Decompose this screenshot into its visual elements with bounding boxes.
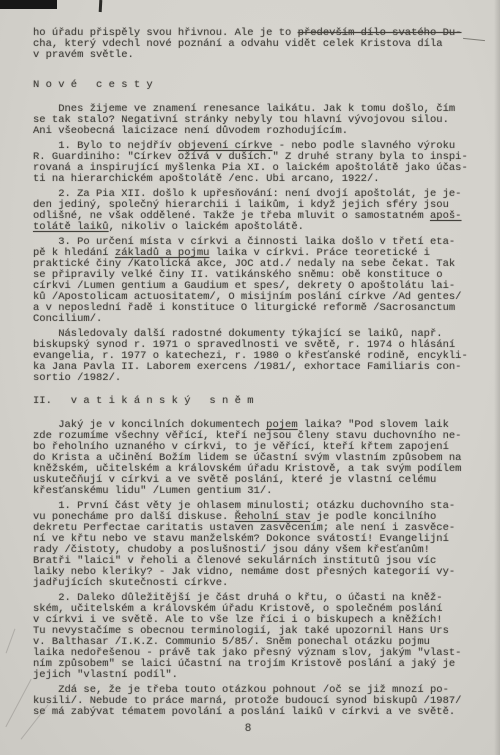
text-segment: jejich "vlastní podíl". xyxy=(33,669,178,681)
scan-artifact-scratch xyxy=(5,679,31,727)
paragraph: 1. Bylo to nejdřív objevení církve - neb… xyxy=(33,141,483,185)
scan-artifact-tick-mark xyxy=(99,0,103,12)
paragraph: Dnes žijeme ve znamení renesance laikátu… xyxy=(33,104,483,137)
paragraph: Zdá se, že je třeba touto otázkou pohnou… xyxy=(33,685,483,718)
text-segment: Concilium/. xyxy=(33,313,102,325)
text-segment: N o v é c e s t y xyxy=(33,79,153,91)
page-number: 8 xyxy=(33,723,463,735)
paragraph: Následovaly další radostné dokumenty týk… xyxy=(33,329,483,384)
text-line: N o v é c e s t y xyxy=(33,80,483,91)
text-segment: sortio /1982/. xyxy=(33,372,121,384)
section-heading: II. v a t i k á n s k ý s n ě m xyxy=(33,396,483,407)
text-line: v pravém světle. xyxy=(33,50,483,61)
text-segment: v pravém světle. xyxy=(33,49,134,61)
text-line: sortio /1982/. xyxy=(33,373,483,384)
text-line: křesťanskému lidu" /Lumen gentium 31/. xyxy=(33,486,483,497)
paragraph: 3. Po určení místa v církvi a činnosti l… xyxy=(33,237,483,325)
scan-edge-shadow xyxy=(494,0,500,755)
text-segment: II. v a t i k á n s k ý s n ě m xyxy=(33,395,254,407)
paragraph: 2. Daleko důležitější je část druhá o kř… xyxy=(33,593,483,681)
text-segment: Ani všeobecná laicizace není důvodem roz… xyxy=(33,125,348,137)
text-line: se má zabývat tématem povolání a poslání… xyxy=(33,707,483,718)
paragraph: ho úřadu přispěly svou hřivnou. Ale je t… xyxy=(33,28,483,61)
text-segment: jadřujících skutečnosti církve. xyxy=(33,577,228,589)
scan-artifact-corner-bar xyxy=(0,0,57,9)
text-line: jadřujících skutečnosti církve. xyxy=(33,578,483,589)
text-segment: ti na hierarchickém apoštolátě /enc. Ubi… xyxy=(33,173,380,185)
paragraph: 2. Za Pia XII. došlo k upřesňování: není… xyxy=(33,189,483,233)
text-line: Ani všeobecná laicizace není důvodem roz… xyxy=(33,126,483,137)
text-line: ti na hierarchickém apoštolátě /enc. Ubi… xyxy=(33,174,483,185)
text-segment: , nikoliv o laickém apoštolátě. xyxy=(109,221,304,233)
text-line: jejich "vlastní podíl". xyxy=(33,670,483,681)
section-heading: N o v é c e s t y xyxy=(33,80,483,91)
paragraph: Jaký je v koncilních dokumentech pojem l… xyxy=(33,420,483,497)
paragraph: 1. První část věty je ohlasem minulosti;… xyxy=(33,501,483,589)
text-segment: křesťanskému lidu" /Lumen gentium 31/. xyxy=(33,485,272,497)
text-line: Concilium/. xyxy=(33,314,483,325)
text-segment: se má zabývat tématem povolání a poslání… xyxy=(33,706,455,718)
scan-artifact-scratch xyxy=(6,629,16,654)
text-line: tolátě laiků, nikoliv o laickém apoštolá… xyxy=(33,222,483,233)
scanned-document-page: ho úřadu přispěly svou hřivnou. Ale je t… xyxy=(0,0,500,755)
text-line: II. v a t i k á n s k ý s n ě m xyxy=(33,396,483,407)
document-body: ho úřadu přispěly svou hřivnou. Ale je t… xyxy=(33,28,483,718)
text-segment: tolátě laiků xyxy=(33,221,109,233)
text-segment: apoš- xyxy=(430,210,462,222)
